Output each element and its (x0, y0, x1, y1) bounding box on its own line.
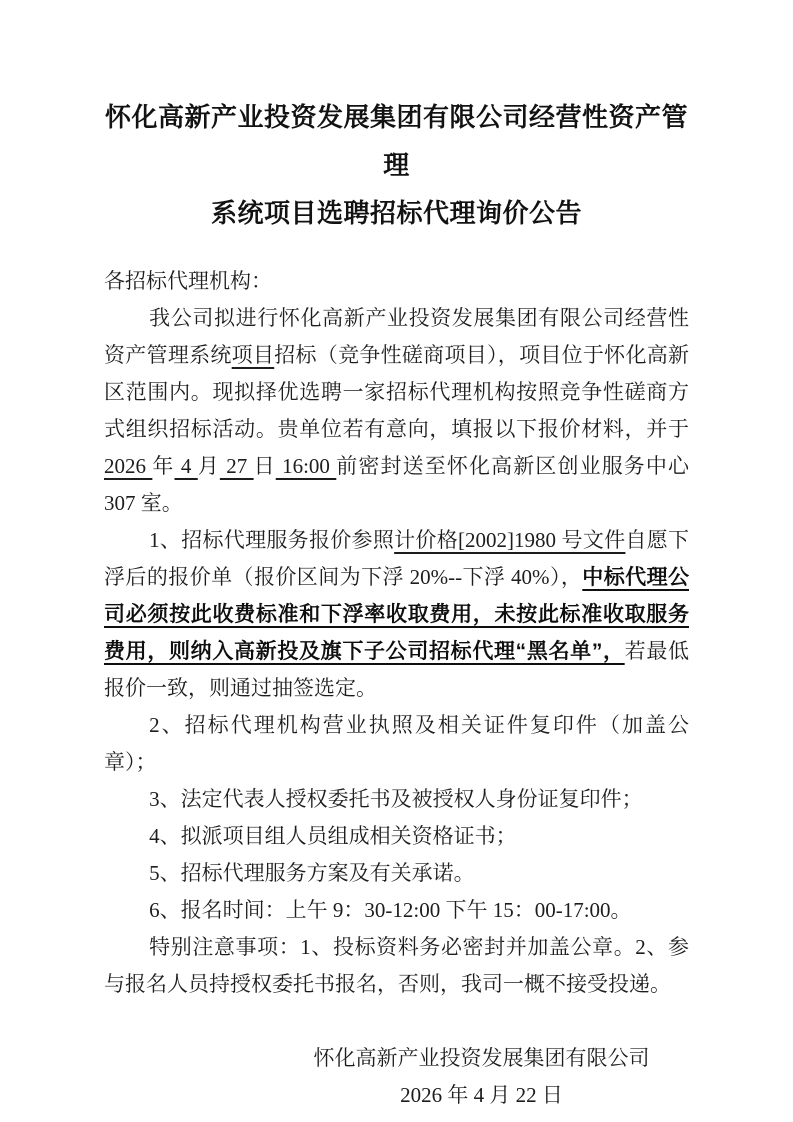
salutation: 各招标代理机构： (104, 263, 689, 300)
document-body: 各招标代理机构： 我公司拟进行怀化高新产业投资发展集团有限公司经营性资产管理系统… (104, 263, 689, 1114)
intro-text: 月 (198, 454, 220, 478)
document-title: 怀化高新产业投资发展集团有限公司经营性资产管理 系统项目选聘招标代理询价公告 (104, 93, 689, 237)
intro-text: 日 (254, 454, 276, 478)
item-3-paragraph: 3、法定代表人授权委托书及被授权人身份证复印件； (104, 781, 689, 818)
special-note-paragraph: 特别注意事项：1、投标资料务必密封并加盖公章。2、参与报名人员持授权委托书报名，… (104, 929, 689, 1003)
intro-text: 年 (152, 454, 174, 478)
document-title-line2: 系统项目选聘招标代理询价公告 (104, 189, 689, 237)
pricing-document-underlined: 计价格[2002]1980 号文件 (394, 528, 625, 552)
signature-date: 2026 年 4 月 22 日 (189, 1077, 774, 1114)
document-page: 怀化高新产业投资发展集团有限公司经营性资产管理 系统项目选聘招标代理询价公告 各… (0, 0, 793, 1122)
item-1-paragraph: 1、招标代理服务报价参照计价格[2002]1980 号文件自愿下浮后的报价单（报… (104, 522, 689, 707)
deadline-year-underlined: 2026 (104, 454, 152, 478)
signature-block: 怀化高新产业投资发展集团有限公司 2026 年 4 月 22 日 (189, 1040, 774, 1114)
underlined-text: 项目 (232, 343, 275, 367)
deadline-time-underlined: 16:00 (276, 454, 337, 478)
item-5-paragraph: 5、招标代理服务方案及有关承诺。 (104, 855, 689, 892)
item-4-paragraph: 4、拟派项目组人员组成相关资格证书； (104, 818, 689, 855)
item-1-text: 1、招标代理服务报价参照 (149, 528, 394, 552)
deadline-day-underlined: 27 (220, 454, 254, 478)
document-title-line1: 怀化高新产业投资发展集团有限公司经营性资产管理 (104, 93, 689, 189)
deadline-month-underlined: 4 (175, 454, 198, 478)
item-2-paragraph: 2、招标代理机构营业执照及相关证件复印件（加盖公章）； (104, 707, 689, 781)
signature-company: 怀化高新产业投资发展集团有限公司 (189, 1040, 774, 1077)
item-6-paragraph: 6、报名时间：上午 9：30-12:00 下午 15：00-17:00。 (104, 892, 689, 929)
intro-paragraph: 我公司拟进行怀化高新产业投资发展集团有限公司经营性资产管理系统项目招标（竞争性磋… (104, 300, 689, 522)
